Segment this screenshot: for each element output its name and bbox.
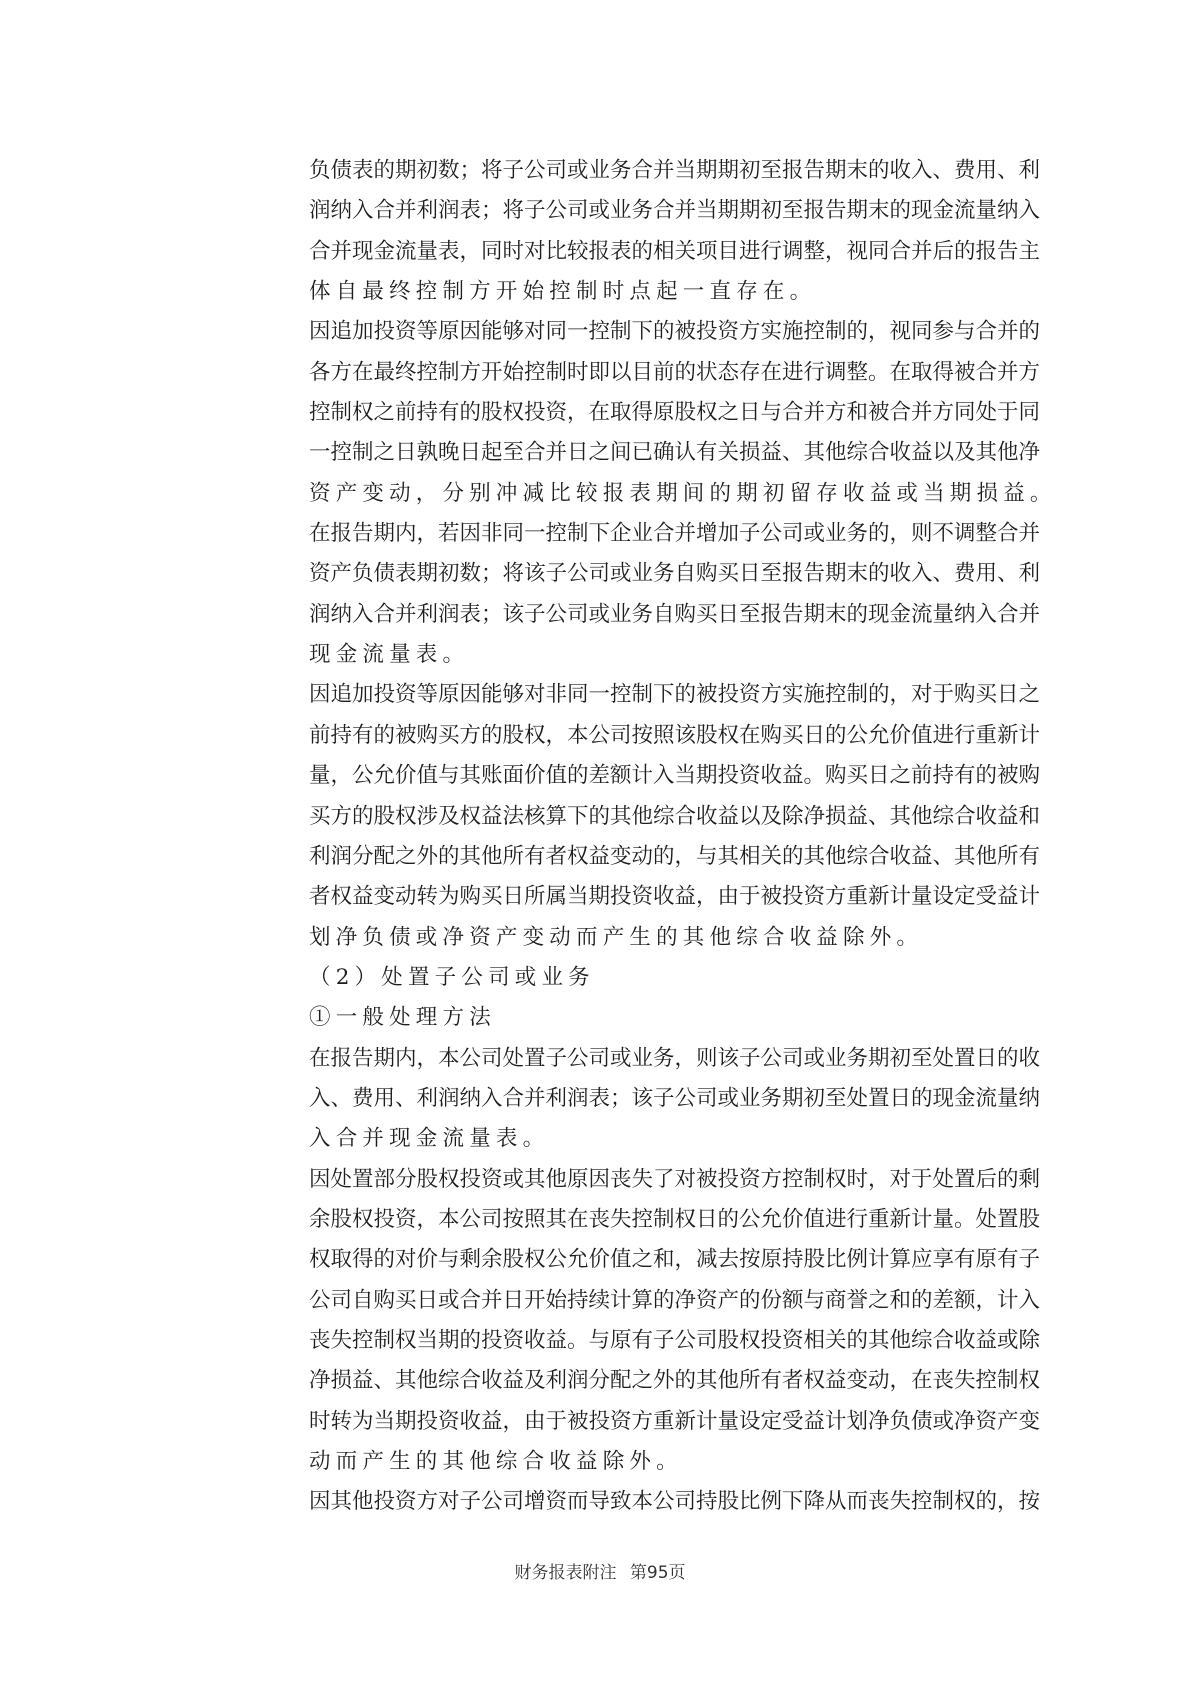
text-line: 资产变动，分别冲减比较报表期间的期初留存收益或当期损益。 <box>309 474 1021 514</box>
text-line: 在报告期内，若因非同一控制下企业合并增加子公司或业务的，则不调整合并 <box>309 514 1021 554</box>
text-line: 各方在最终控制方开始控制时即以目前的状态存在进行调整。在取得被合并方 <box>309 353 1021 393</box>
text-line: 一控制之日孰晚日起至合并日之间已确认有关损益、其他综合收益以及其他净 <box>309 433 1021 473</box>
text-line: 入合并现金流量表。 <box>309 1119 1021 1159</box>
text-line: 公司自购买日或合并日开始持续计算的净资产的份额与商誉之和的差额，计入 <box>309 1281 1021 1321</box>
text-line: 利润分配之外的其他所有者权益变动的，与其相关的其他综合收益、其他所有 <box>309 837 1021 877</box>
text-line: 因其他投资方对子公司增资而导致本公司持股比例下降从而丧失控制权的，按 <box>309 1482 1021 1522</box>
text-line: 动而产生的其他综合收益除外。 <box>309 1442 1021 1482</box>
text-line: 因追加投资等原因能够对非同一控制下的被投资方实施控制的，对于购买日之 <box>309 675 1021 715</box>
text-line: 润纳入合并利润表；将子公司或业务合并当期期初至报告期末的现金流量纳入 <box>309 191 1021 231</box>
text-line: 时转为当期投资收益，由于被投资方重新计量设定受益计划净负债或净资产变 <box>309 1402 1021 1442</box>
text-line: 前持有的被购买方的股权，本公司按照该股权在购买日的公允价值进行重新计 <box>309 716 1021 756</box>
text-line: 润纳入合并利润表；该子公司或业务自购买日至报告期末的现金流量纳入合并 <box>309 595 1021 635</box>
text-line: 权取得的对价与剩余股权公允价值之和，减去按原持股比例计算应享有原有子 <box>309 1240 1021 1280</box>
text-line: 现金流量表。 <box>309 635 1021 675</box>
text-line: 负债表的期初数；将子公司或业务合并当期期初至报告期末的收入、费用、利 <box>309 151 1021 191</box>
text-line: 划净负债或净资产变动而产生的其他综合收益除外。 <box>309 918 1021 958</box>
text-line: 控制权之前持有的股权投资，在取得原股权之日与合并方和被合并方同处于同 <box>309 393 1021 433</box>
text-line: ①一般处理方法 <box>309 998 1021 1038</box>
page-footer: 财务报表附注 第95页 <box>0 1560 1200 1586</box>
text-line: 合并现金流量表，同时对比较报表的相关项目进行调整，视同合并后的报告主 <box>309 232 1021 272</box>
text-line: 净损益、其他综合收益及利润分配之外的其他所有者权益变动，在丧失控制权 <box>309 1361 1021 1401</box>
text-line: 入、费用、利润纳入合并利润表；该子公司或业务期初至处置日的现金流量纳 <box>309 1079 1021 1119</box>
document-page: 负债表的期初数；将子公司或业务合并当期期初至报告期末的收入、费用、利润纳入合并利… <box>0 0 1200 1697</box>
text-line: 因处置部分股权投资或其他原因丧失了对被投资方控制权时，对于处置后的剩 <box>309 1160 1021 1200</box>
text-line: 体自最终控制方开始控制时点起一直存在。 <box>309 272 1021 312</box>
text-line: 丧失控制权当期的投资收益。与原有子公司股权投资相关的其他综合收益或除 <box>309 1321 1021 1361</box>
text-line: 资产负债表期初数；将该子公司或业务自购买日至报告期末的收入、费用、利 <box>309 554 1021 594</box>
text-line: 在报告期内，本公司处置子公司或业务，则该子公司或业务期初至处置日的收 <box>309 1039 1021 1079</box>
footer-title: 财务报表附注 <box>514 1563 616 1583</box>
text-line: 买方的股权涉及权益法核算下的其他综合收益以及除净损益、其他综合收益和 <box>309 797 1021 837</box>
text-line: （2）处置子公司或业务 <box>309 958 1021 998</box>
text-line: 余股权投资，本公司按照其在丧失控制权日的公允价值进行重新计量。处置股 <box>309 1200 1021 1240</box>
text-line: 者权益变动转为购买日所属当期投资收益，由于被投资方重新计量设定受益计 <box>309 877 1021 917</box>
text-line: 量，公允价值与其账面价值的差额计入当期投资收益。购买日之前持有的被购 <box>309 756 1021 796</box>
body-text: 负债表的期初数；将子公司或业务合并当期期初至报告期末的收入、费用、利润纳入合并利… <box>309 151 1021 1523</box>
page-number: 第95页 <box>630 1563 686 1583</box>
text-line: 因追加投资等原因能够对同一控制下的被投资方实施控制的，视同参与合并的 <box>309 312 1021 352</box>
